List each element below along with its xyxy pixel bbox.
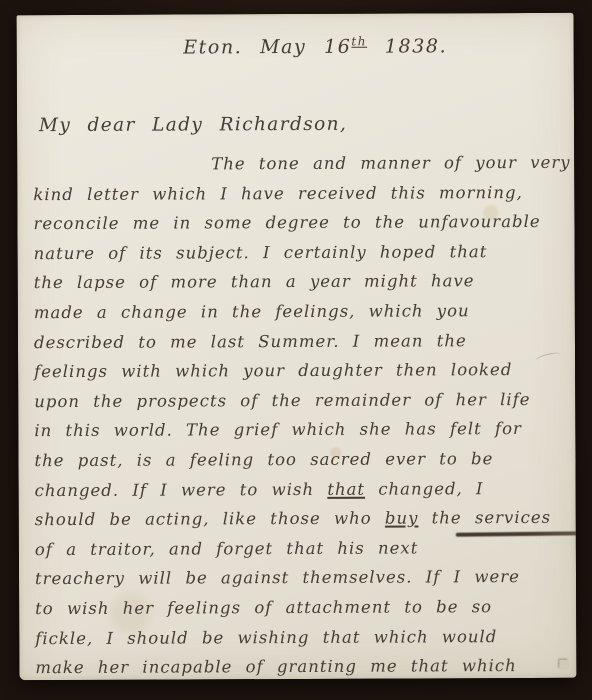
text-segment: kind letter which I have received this m… bbox=[33, 183, 523, 204]
text-segment: described to me last Summer. I mean the bbox=[34, 331, 467, 352]
letter-line: kind letter which I have received this m… bbox=[33, 182, 562, 214]
letter-line: changed. If I were to wish that changed,… bbox=[35, 478, 564, 510]
letter-line: feelings with which your daughter then l… bbox=[34, 360, 563, 392]
text-segment: upon the prospects of the remainder of h… bbox=[34, 390, 530, 411]
letter-paper: Eton. May 16th 1838. My dear Lady Richar… bbox=[17, 13, 577, 680]
letter-line: made a change in the feelings, which you bbox=[34, 301, 563, 333]
letter-line: treachery will be against themselves. If… bbox=[35, 567, 564, 599]
text-segment: nature of its subject. I certainly hoped… bbox=[34, 242, 488, 263]
text-segment: treachery will be against themselves. If… bbox=[35, 567, 520, 588]
text-segment: the lapse of more than a year might have bbox=[34, 272, 475, 293]
text-segment: the services bbox=[418, 508, 551, 528]
letter-line: the past, is a feeling too sacred ever t… bbox=[34, 449, 563, 481]
letter-line: in this world. The grief which she has f… bbox=[34, 419, 563, 451]
letter-line: described to me last Summer. I mean the bbox=[34, 330, 563, 362]
corner-fold bbox=[559, 660, 568, 669]
letter-dateline: Eton. May 16th 1838. bbox=[77, 35, 554, 59]
underlined-word: that bbox=[327, 479, 365, 498]
text-segment: in this world. The grief which she has f… bbox=[34, 419, 522, 440]
letter-line: of a traitor, and forget that his next bbox=[35, 538, 564, 570]
text-segment: of a traitor, and forget that his next bbox=[35, 538, 419, 559]
underlined-word: buy bbox=[385, 509, 419, 528]
letter-body: The tone and manner of your verykind let… bbox=[33, 153, 564, 680]
letter-line: to wish her feelings of attachment to be… bbox=[35, 597, 564, 629]
letter-line: fickle, I should be wishing that which w… bbox=[35, 626, 564, 658]
letter-salutation: My dear Lady Richardson, bbox=[39, 114, 347, 136]
text-segment: The tone and manner of your very bbox=[211, 153, 570, 174]
text-segment: changed. If I were to wish bbox=[35, 479, 328, 499]
superscript-text: th bbox=[351, 34, 367, 48]
text-segment: make her incapable of granting me that w… bbox=[35, 656, 516, 677]
letter-line: reconcile me in some degree to the unfav… bbox=[33, 212, 562, 244]
letter-line: upon the prospects of the remainder of h… bbox=[34, 390, 563, 422]
letter-line: make her incapable of granting me that w… bbox=[35, 656, 564, 680]
text-segment: reconcile me in some degree to the unfav… bbox=[33, 212, 540, 233]
text-segment: should be acting, like those who bbox=[35, 509, 385, 530]
text-segment: Eton. May 16 bbox=[183, 36, 351, 59]
text-segment: to wish her feelings of attachment to be… bbox=[35, 597, 492, 618]
letter-line: nature of its subject. I certainly hoped… bbox=[34, 242, 563, 274]
letter-line: the lapse of more than a year might have bbox=[34, 271, 563, 303]
text-segment: 1838. bbox=[367, 35, 447, 57]
text-segment: changed, I bbox=[365, 479, 484, 499]
letter-line: The tone and manner of your very bbox=[33, 153, 562, 185]
text-segment: the past, is a feeling too sacred ever t… bbox=[34, 449, 493, 470]
text-segment: fickle, I should be wishing that which w… bbox=[35, 627, 497, 648]
text-segment: feelings with which your daughter then l… bbox=[34, 360, 512, 381]
text-segment: made a change in the feelings, which you bbox=[34, 301, 470, 322]
photo-background: Eton. May 16th 1838. My dear Lady Richar… bbox=[0, 0, 592, 700]
